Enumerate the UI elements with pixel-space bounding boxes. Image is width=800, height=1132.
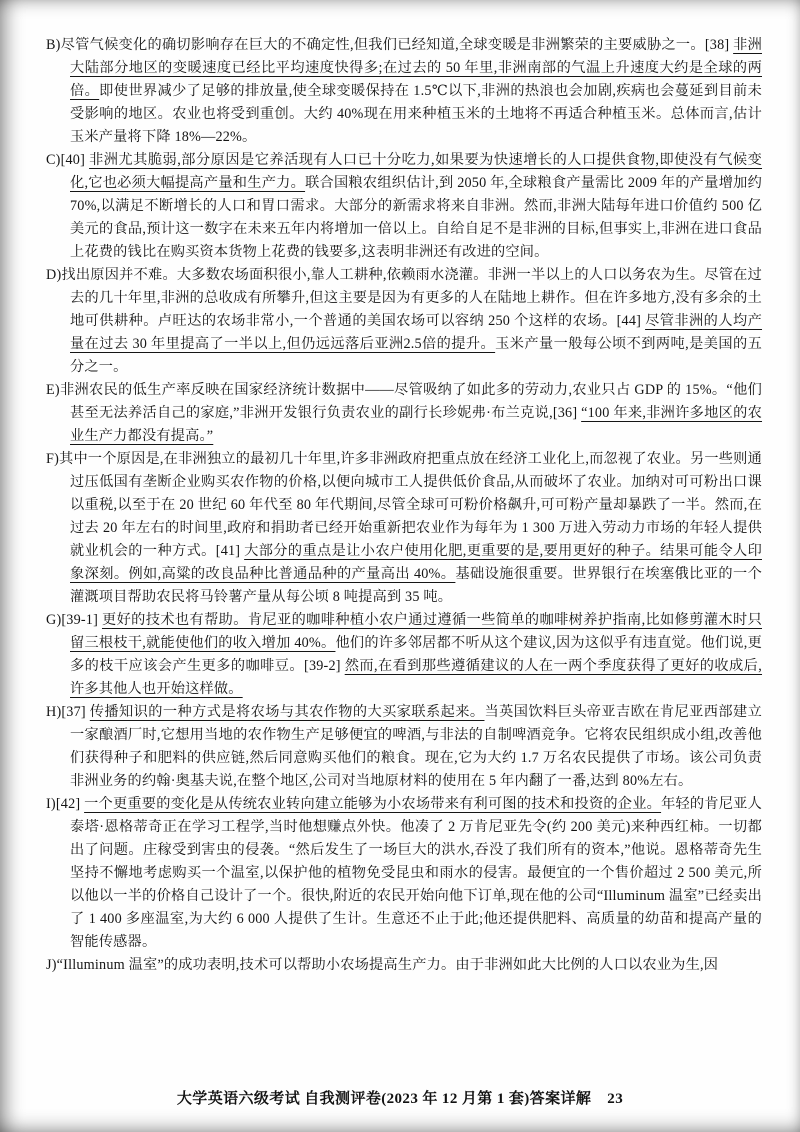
paragraph-H: H)[37] 传播知识的一种方式是将农场与其农作物的大买家联系起来。当英国饮料巨… — [70, 701, 762, 793]
text-segment: [42] — [56, 796, 84, 812]
paragraph-label-I: I) — [46, 796, 56, 812]
text-segment: [37] — [61, 704, 89, 720]
text-segment: [40] — [61, 152, 90, 168]
paragraph-label-F: F) — [46, 451, 59, 467]
paragraph-I: I)[42] 一个更重要的变化是从传统农业转向建立能够为小农场带来有利可图的技术… — [70, 793, 762, 954]
text-segment: 年轻的肯尼亚人泰塔·恩格蒂奇正在学习工程学,当时他想赚点外快。他凑了 2 万肯尼… — [70, 796, 762, 950]
page-footer: 大学英语六级考试 自我测评卷(2023 年 12 月第 1 套)答案详解23 — [0, 1087, 800, 1108]
paragraph-label-D: D) — [46, 267, 61, 283]
text-segment: [41] — [216, 543, 244, 559]
underlined-key-sentence: 一个更重要的变化是从传统农业转向建立能够为小农场带来有利可图的技术和投资的企业。 — [84, 796, 661, 812]
page-number: 23 — [607, 1091, 623, 1108]
paragraph-label-G: G) — [46, 612, 61, 628]
text-segment: 尽管气候变化的确切影响存在巨大的不确定性,但我们已经知道,全球变暖是非洲繁荣的主… — [61, 37, 705, 53]
text-segment: [39-2] — [304, 658, 345, 674]
text-segment: “Illuminum 温室”的成功表明,技术可以帮助小农场提高生产力。由于非洲如… — [57, 957, 718, 973]
text-segment: [38] — [705, 37, 733, 53]
paragraph-E: E)非洲农民的低生产率反映在国家经济统计数据中——尽管吸纳了如此多的劳动力,农业… — [70, 379, 762, 448]
paragraph-label-C: C) — [46, 152, 61, 168]
paragraph-G: G)[39-1] 更好的技术也有帮助。肯尼亚的咖啡种植小农户通过遵循一些简单的咖… — [70, 609, 762, 701]
answer-explanation-text: B)尽管气候变化的确切影响存在巨大的不确定性,但我们已经知道,全球变暖是非洲繁荣… — [46, 34, 762, 977]
paragraph-label-B: B) — [46, 37, 61, 53]
paragraph-F: F)其中一个原因是,在非洲独立的最初几十年里,许多非洲政府把重点放在经济工业化上… — [70, 448, 762, 609]
paragraph-label-J: J) — [46, 957, 57, 973]
text-segment: [36] — [553, 405, 581, 421]
paragraph-label-H: H) — [46, 704, 61, 720]
footer-title: 大学英语六级考试 自我测评卷(2023 年 12 月第 1 套)答案详解 — [177, 1091, 591, 1107]
paragraph-J: J)“Illuminum 温室”的成功表明,技术可以帮助小农场提高生产力。由于非… — [70, 954, 762, 977]
paragraph-D: D)找出原因并不难。大多数农场面积很小,靠人工耕种,依赖雨水浇灌。非洲一半以上的… — [70, 264, 762, 379]
text-segment: [39-1] — [61, 612, 102, 628]
document-page: B)尽管气候变化的确切影响存在巨大的不确定性,但我们已经知道,全球变暖是非洲繁荣… — [0, 0, 800, 1132]
paragraph-C: C)[40] 非洲尤其脆弱,部分原因是它养活现有人口已十分吃力,如果要为快速增长… — [70, 149, 762, 264]
text-segment: 即使世界减少了足够的排放量,使全球变暖保持在 1.5℃以下,非洲的热浪也会加剧,… — [70, 83, 762, 145]
text-segment: [44] — [617, 313, 645, 329]
underlined-key-sentence: 传播知识的一种方式是将农场与其农作物的大买家联系起来。 — [90, 704, 485, 720]
paragraph-label-E: E) — [46, 382, 60, 398]
paragraph-B: B)尽管气候变化的确切影响存在巨大的不确定性,但我们已经知道,全球变暖是非洲繁荣… — [70, 34, 762, 149]
